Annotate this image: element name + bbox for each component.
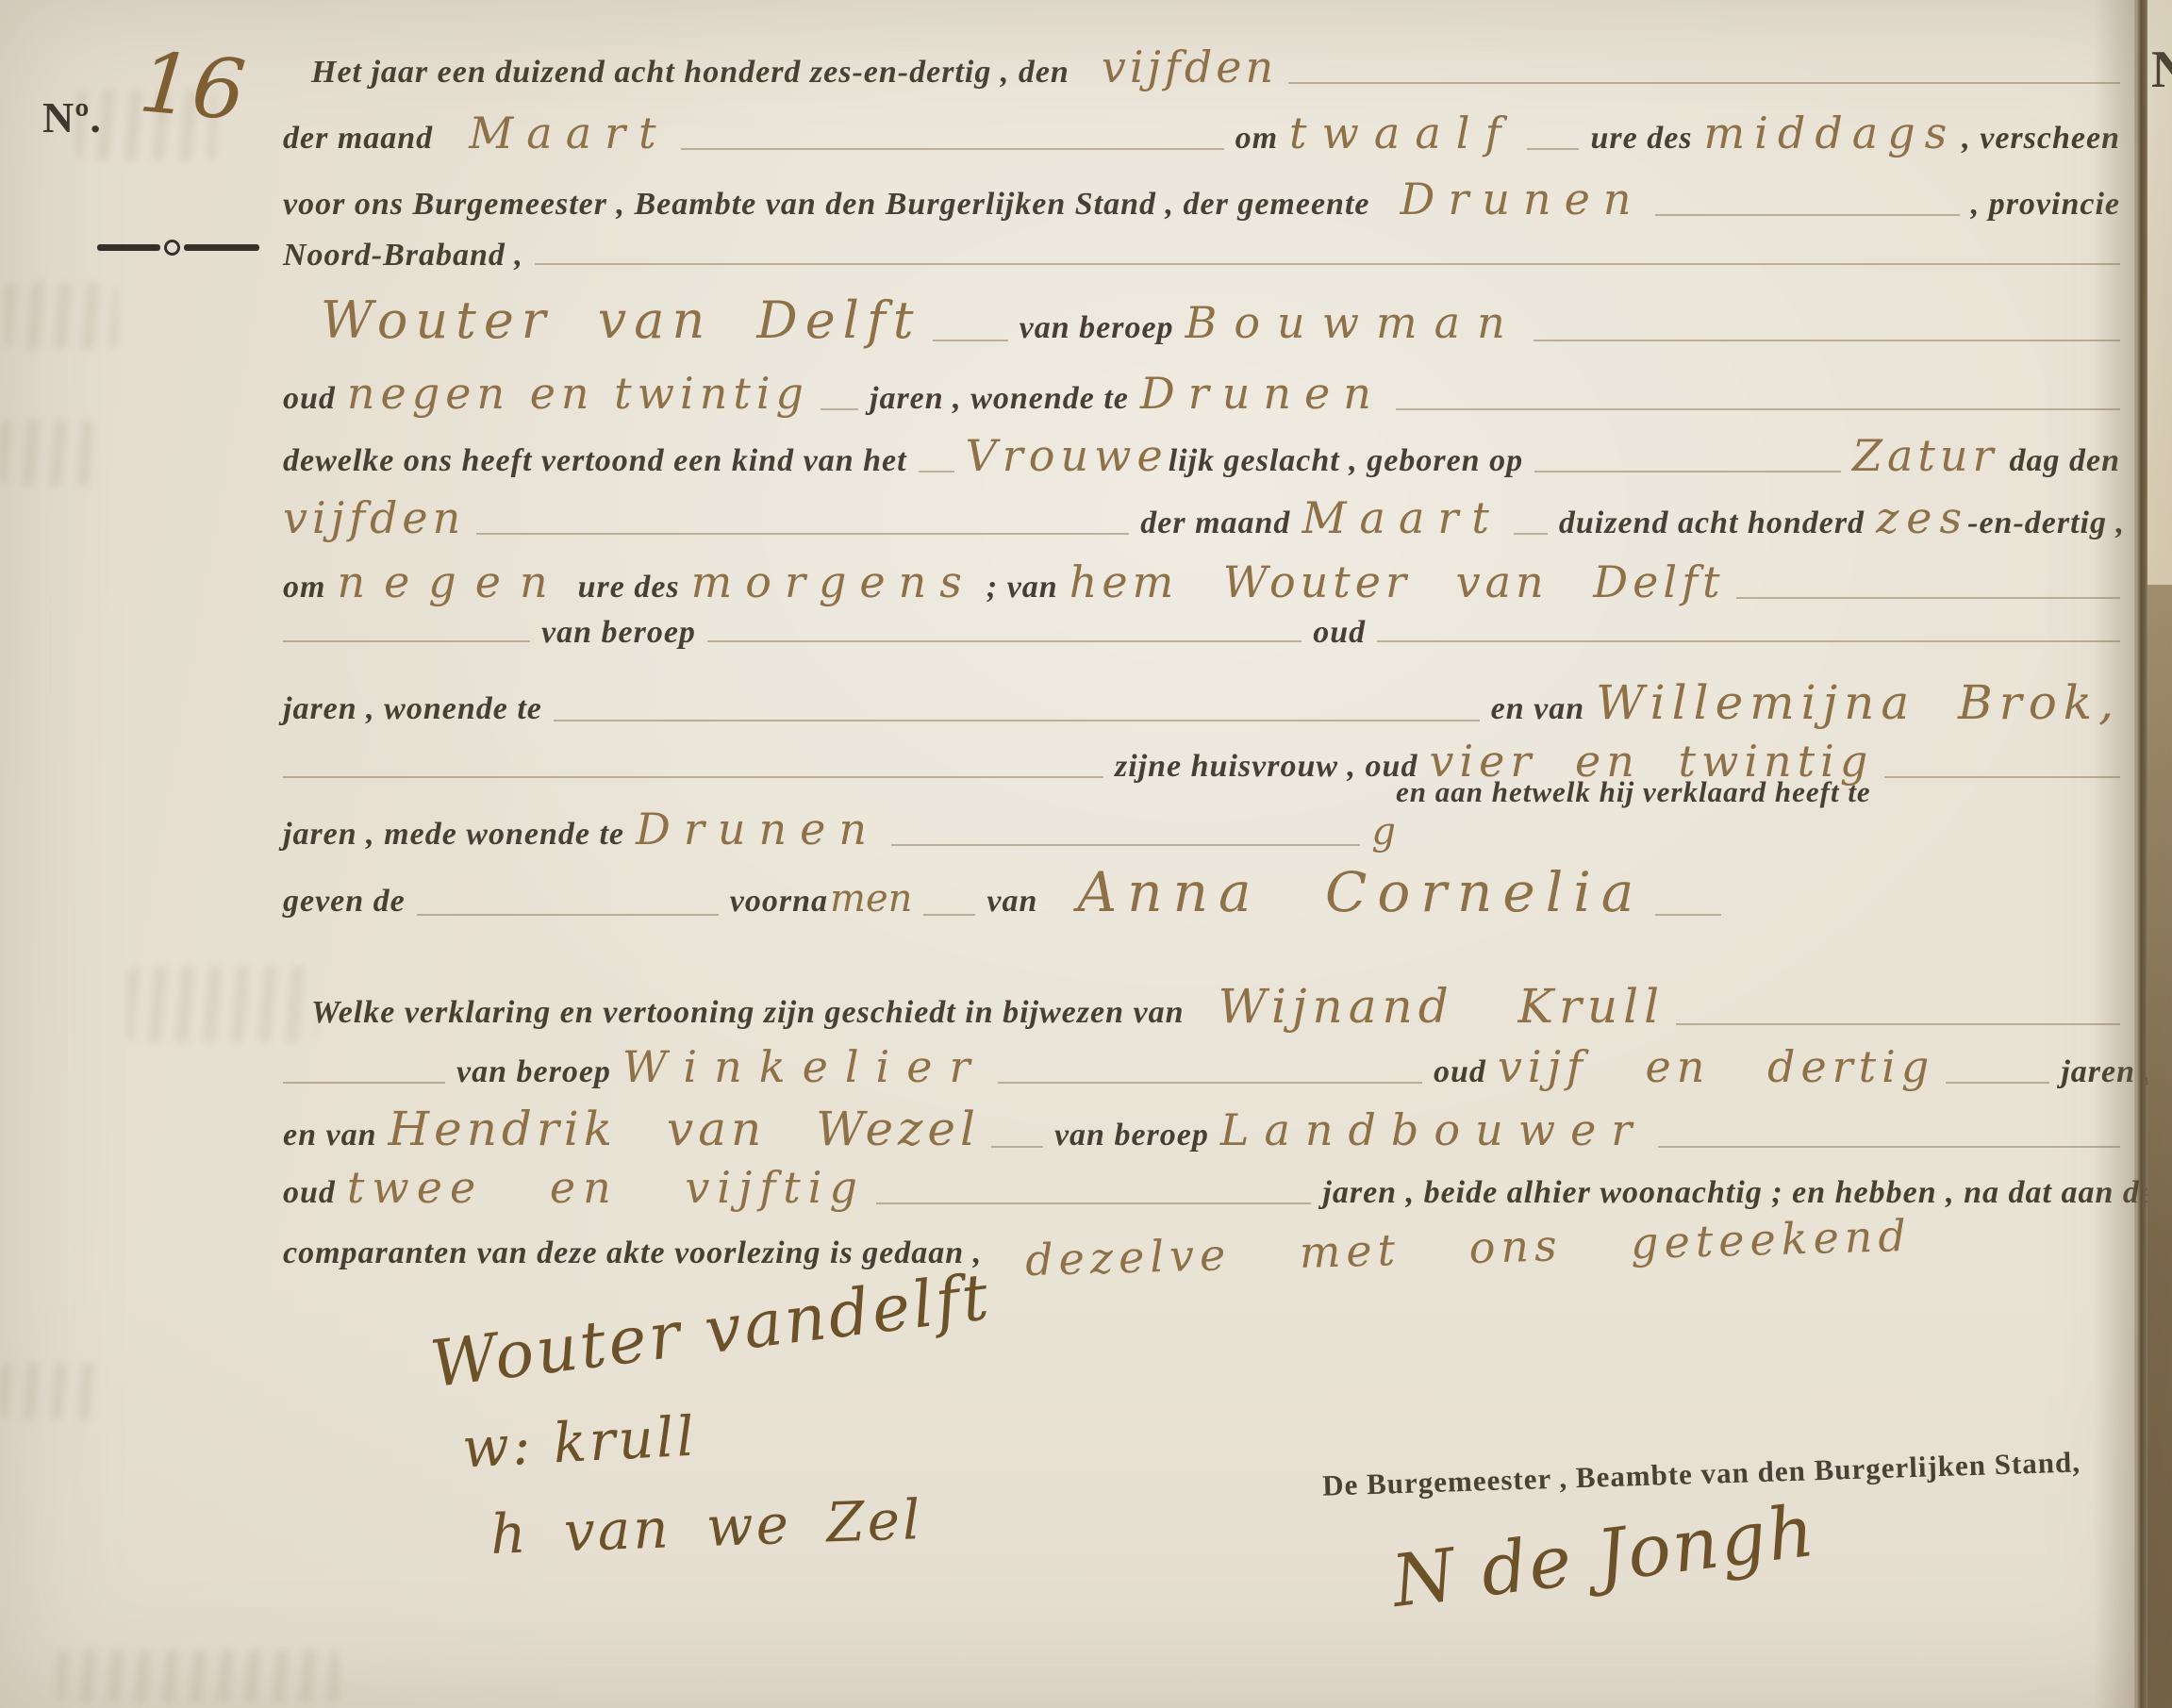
fill-rule (1396, 406, 2120, 410)
act-number-label: Nº. (42, 92, 102, 142)
printed-witness-intro: Welke verklaring en vertooning zijn gesc… (311, 995, 1185, 1031)
printed-mede-wonende-te: jaren , mede wonende te (283, 817, 624, 853)
line-declaration-phrase: en aan hetwelk hij verklaard heeft te (1396, 775, 1871, 809)
line-official: voor ons Burgemeester , Beambte van den … (283, 174, 2120, 224)
fill-rule (1514, 531, 1548, 535)
hw-registration-hour: twaalf (1289, 108, 1516, 158)
hw-municipality: Drunen (1400, 174, 1644, 224)
fill-rule (535, 261, 2120, 265)
line-witness-intro: Welke verklaring en vertooning zijn gesc… (311, 979, 2120, 1034)
hw-declarant-name: Wouter van Delft (321, 290, 921, 350)
hw-declarant-residence: Drunen (1140, 368, 1384, 419)
divider-ring (164, 240, 180, 256)
printed-en-van: en van (1491, 691, 1585, 727)
fill-rule (1658, 1144, 2120, 1148)
printed-oud4: oud (283, 1175, 336, 1211)
fill-rule (919, 469, 954, 473)
hw-child-gender: Vrouwe (966, 430, 1169, 481)
printed-oud: oud (283, 381, 336, 417)
fill-rule (933, 338, 1008, 341)
fill-rule (554, 718, 1480, 721)
printed-ure-des2: ure des (578, 570, 680, 605)
fill-rule (991, 1144, 1043, 1148)
printed-om: om (1235, 121, 1278, 157)
line-closing: comparanten van deze akte voorlezing is … (283, 1222, 2155, 1273)
printed-beide-alhier: jaren , beide alhier woonachtig ; en heb… (1322, 1175, 2155, 1211)
printed-van-beroep3: van beroep (456, 1054, 611, 1090)
fill-rule (1377, 638, 2120, 642)
fill-rule (283, 774, 1103, 778)
printed-van3: van (987, 884, 1037, 920)
hw-witness2-occupation: Landbouwer (1220, 1104, 1647, 1155)
printed-official-phrase: voor ons Burgemeester , Beambte van den … (283, 187, 1369, 223)
hw-witness1-occupation: Winkelier (622, 1041, 987, 1092)
printed-child-phrase: dewelke ons heeft vertoond een kind van … (283, 443, 907, 479)
line-time: der maand Maart om twaalf ure des middag… (283, 108, 2120, 158)
line-year: Het jaar een duizend acht honderd zes-en… (311, 41, 2120, 92)
divider-bar-left (97, 244, 160, 251)
line-child-names: geven de voorna men van Anna Cornelia (283, 860, 1889, 924)
printed-ure-des: ure des (1590, 121, 1692, 157)
page-edge-dark (2147, 585, 2172, 1708)
hw-birth-day: vijfden (283, 492, 465, 543)
hw-mother-name: Willemijna Brok, (1596, 675, 2120, 730)
printed-en-van2: en van (283, 1118, 377, 1153)
line-mother-residence: jaren , mede wonende te Drunen g (283, 804, 1396, 854)
printed-van-beroep2: van beroep (541, 615, 696, 651)
fill-rule (1655, 912, 1721, 916)
page-fold-shadow (2093, 0, 2136, 1708)
fill-rule (1736, 595, 2120, 599)
fill-rule (923, 912, 975, 916)
hw-child-names: Anna Cornelia (1077, 860, 1644, 924)
birth-certificate-page: Nº. 16 Het jaar een duizend acht honderd… (0, 0, 2172, 1708)
printed-geven-de: geven de (283, 884, 406, 920)
hw-signed-phrase: dezelve met ons geteekend (1025, 1210, 1913, 1285)
fill-rule (681, 146, 1224, 150)
official-title: De Burgemeester , Beambte van den Burger… (1322, 1445, 2081, 1502)
hw-father-name: hem Wouter van Delft (1069, 556, 1725, 607)
signature-official: N de Jongh (1387, 1488, 1820, 1623)
signature-witness2: h van we Zel (489, 1487, 924, 1567)
fill-rule (998, 1080, 1422, 1084)
hw-registration-daypart: middags (1704, 108, 1957, 158)
hw-birth-hour: negen (337, 556, 566, 607)
printed-jaren-wonende-te2: jaren , wonende te (283, 691, 542, 727)
fill-rule (476, 531, 1129, 535)
line-child: dewelke ons heeft vertoond een kind van … (283, 430, 2120, 481)
hw-declarant-age: negen en twintig (347, 368, 809, 419)
signature-witness1: w: krull (460, 1404, 698, 1481)
bleedthrough-mark (0, 1363, 104, 1419)
printed-declaration: en aan hetwelk hij verklaard heeft te (1396, 775, 1871, 809)
printed-oud2: oud (1313, 615, 1366, 651)
printed-der-maand: der maand (283, 121, 433, 157)
hw-mother-residence: Drunen (636, 804, 880, 854)
line-witness2: en van Hendrik van Wezel van beroep Land… (283, 1102, 2120, 1156)
bleedthrough-mark (5, 283, 118, 349)
printed-om2: om (283, 570, 325, 605)
line-birthtime: om negen ure des morgens ; van hem Woute… (283, 556, 2120, 607)
hw-birth-daypart: morgens (691, 556, 975, 607)
fill-rule (1884, 774, 2120, 778)
hw-voornamen-suffix: men (830, 877, 912, 920)
line-birthdate: vijfden der maand Maart duizend acht hon… (283, 492, 2125, 543)
printed-year-phrase: Het jaar een duizend acht honderd zes-en… (311, 55, 1069, 91)
printed-duizend: duizend acht honderd (1559, 506, 1865, 541)
line-father-occupation: van beroep oud (283, 615, 2120, 651)
fill-rule (1527, 146, 1579, 150)
fill-rule (707, 638, 1302, 642)
fill-rule (283, 638, 530, 642)
printed-van-beroep: van beroep (1020, 310, 1174, 346)
hw-registration-month: Maart (469, 108, 669, 158)
signature-declarant: Wouter vandelft (426, 1260, 995, 1402)
fill-rule (891, 842, 1360, 846)
fill-rule (1655, 212, 1959, 216)
printed-oud3: oud (1434, 1054, 1486, 1090)
fill-rule (1288, 80, 2120, 84)
divider-bar-right (184, 244, 259, 251)
printed-jaren-wonende-te: jaren , wonende te (870, 381, 1129, 417)
line-declarant: Wouter van Delft van beroep Bouwman (321, 290, 2120, 350)
fill-rule (1946, 1080, 2049, 1084)
printed-van-beroep4: van beroep (1054, 1118, 1209, 1153)
hw-witness2-age: twee en vijftig (347, 1162, 865, 1213)
printed-van2: ; van (987, 570, 1058, 605)
hw-birth-month: Maart (1302, 492, 1501, 543)
line-mother: jaren , wonende te en van Willemijna Bro… (283, 675, 2120, 730)
line-witness1-details: van beroep Winkelier oud vijf en dertig … (283, 1041, 2153, 1092)
hw-witness2-name: Hendrik van Wezel (389, 1102, 980, 1156)
fill-rule (417, 912, 719, 916)
next-page-letter: N (2151, 40, 2172, 100)
fill-rule (1534, 338, 2120, 341)
hw-registration-day: vijfden (1102, 41, 1277, 92)
printed-closing: comparanten van deze akte voorlezing is … (283, 1235, 982, 1271)
hw-witness1-name: Wijnand Krull (1219, 979, 1666, 1034)
printed-geslacht-geboren: lijk geslacht , geboren op (1169, 443, 1523, 479)
bleedthrough-mark (57, 1650, 340, 1702)
hw-witness1-age: vijf en dertig (1498, 1041, 1934, 1092)
printed-voorna: voorna (730, 884, 828, 920)
line-declarant-age: oud negen en twintig jaren , wonende te … (283, 368, 2120, 419)
printed-province-name: Noord-Braband , (283, 238, 523, 274)
hw-declarant-occupation: Bouwman (1185, 297, 1522, 348)
bleedthrough-mark (0, 420, 94, 486)
divider-ornament (97, 240, 259, 256)
fill-rule (876, 1201, 1311, 1204)
fill-rule (821, 406, 858, 410)
act-number-value: 16 (136, 33, 250, 139)
hw-flourish: g (1371, 810, 1396, 854)
hw-birth-weekday: Zatur (1852, 430, 1998, 481)
line-province: Noord-Braband , (283, 238, 2120, 274)
bleedthrough-mark (127, 967, 316, 1042)
fill-rule (1534, 469, 1841, 473)
printed-der-maand2: der maand (1140, 506, 1290, 541)
fill-rule (283, 1080, 445, 1084)
line-witness2-age: oud twee en vijftig jaren , beide alhier… (283, 1162, 2155, 1213)
hw-birth-year: zes (1876, 492, 1969, 543)
fill-rule (1676, 1021, 2120, 1025)
printed-huisvrouw-oud: zijne huisvrouw , oud (1115, 749, 1418, 785)
